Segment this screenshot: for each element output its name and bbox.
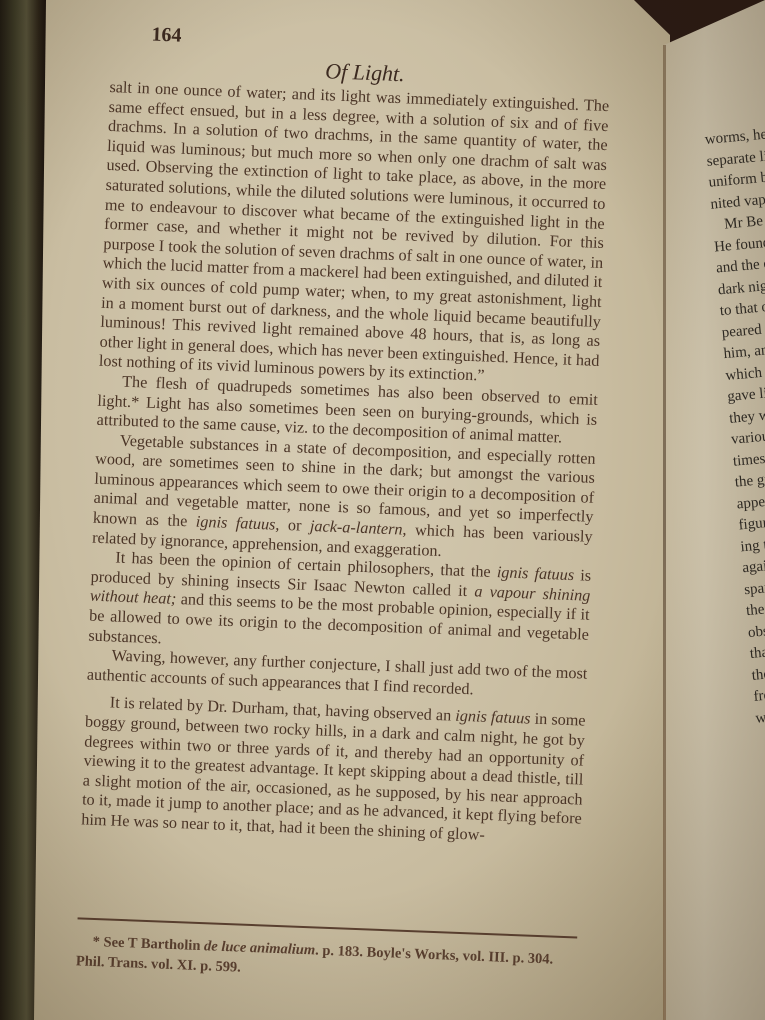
italic-term: ignis fatuus	[455, 707, 531, 728]
paragraph-1: salt in one ounce of water; and its ligh…	[99, 78, 610, 391]
paragraph-3: Vegetable substances in a state of decom…	[92, 430, 596, 567]
book-gutter	[663, 45, 666, 1020]
page-number: 164	[151, 24, 182, 48]
italic-term: ignis fatuus	[497, 563, 575, 584]
running-head: Of Light.	[325, 58, 405, 87]
italic-term: jack-a-lantern	[310, 517, 403, 539]
italic-term: ignis fatuus	[196, 513, 276, 534]
body-text: salt in one ounce of water; and its ligh…	[81, 78, 610, 849]
italic-title: de luce animalium	[204, 938, 316, 958]
paragraph-6: It is related by Dr. Durham, that, havin…	[81, 693, 586, 849]
paragraph-4: It has been the opinion of certain philo…	[88, 548, 591, 665]
